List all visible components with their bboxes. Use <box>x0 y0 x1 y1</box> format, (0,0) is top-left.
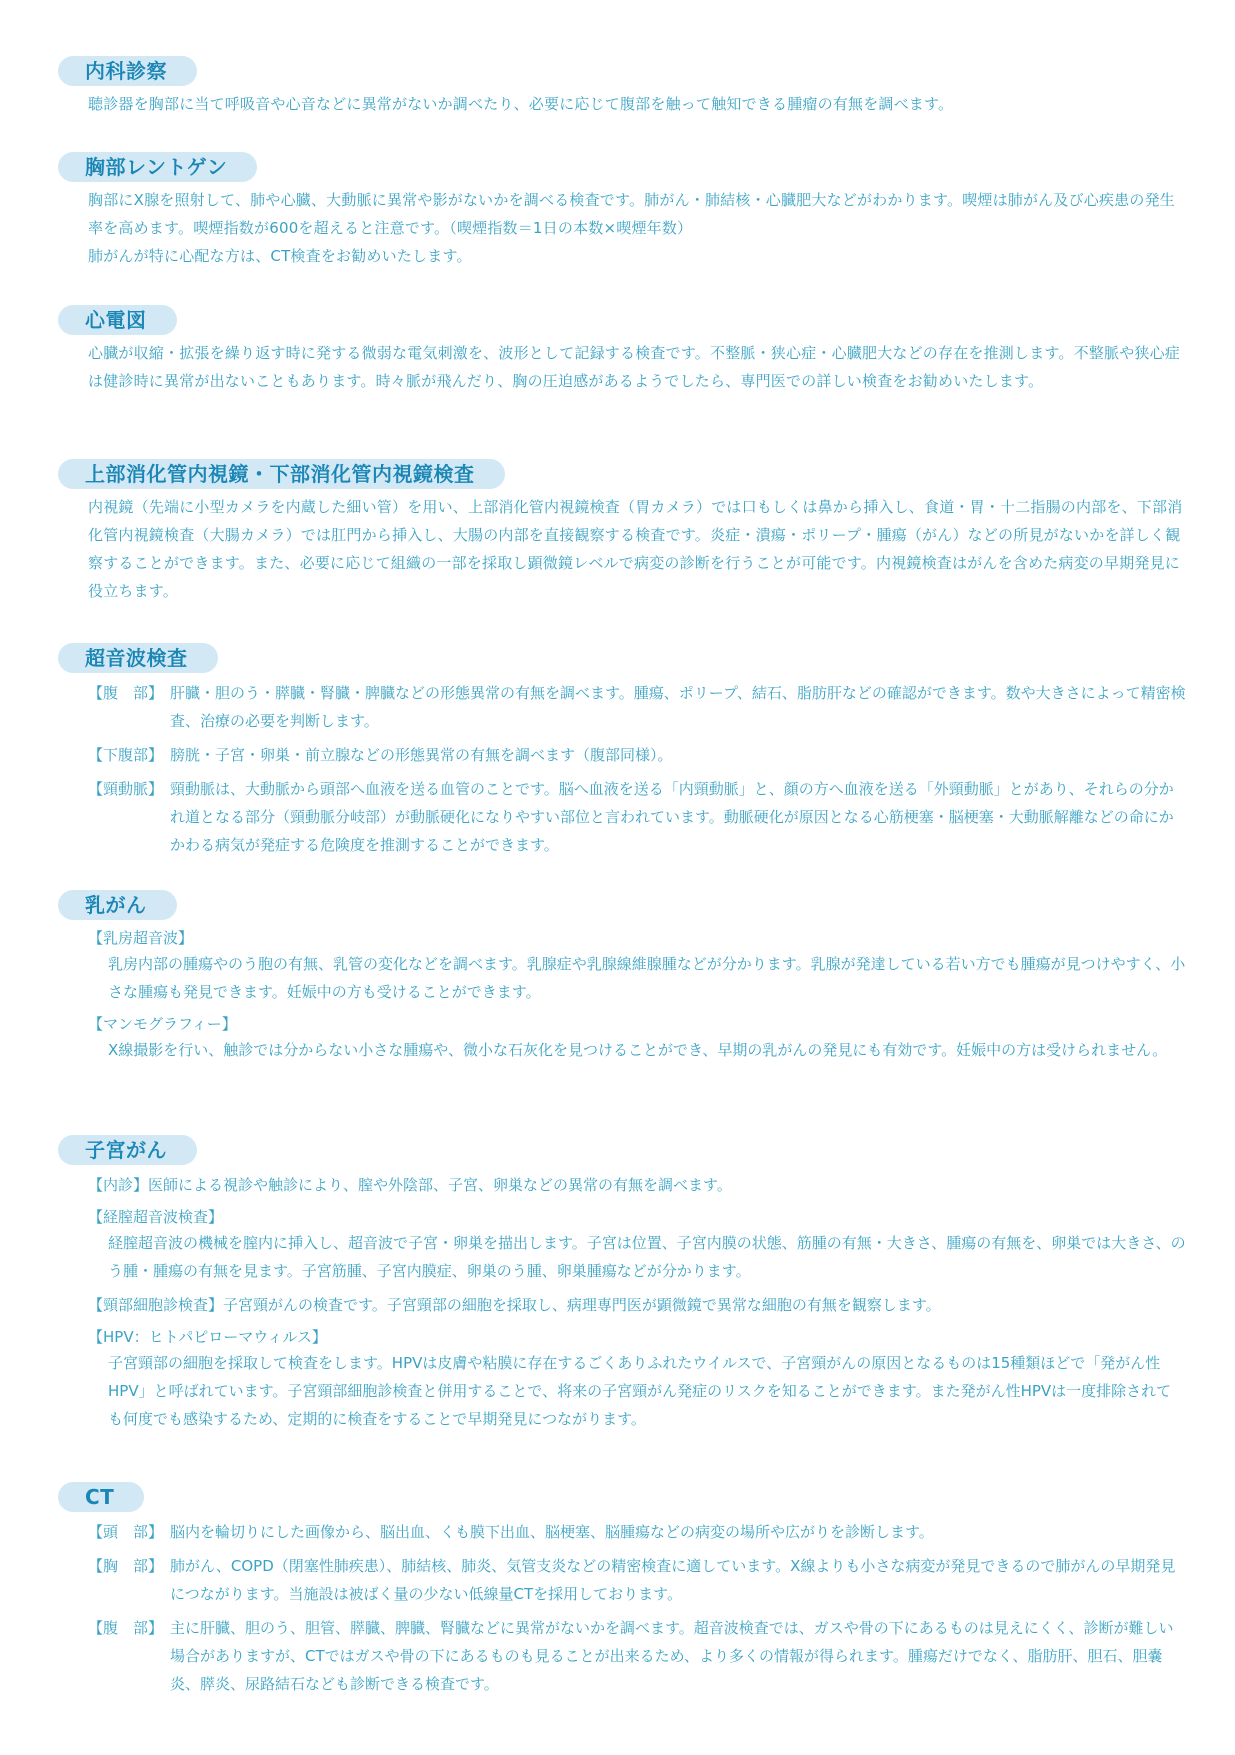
section-heading: 胸部レントゲン <box>58 152 257 182</box>
ultrasound-item-lower-abdomen: 【下腹部】 膀胱・子宮・卵巣・前立腺などの形態異常の有無を調べます（腹部同様）。 <box>88 741 1186 769</box>
transvaginal-label: 【経膣超音波検査】 <box>88 1205 1188 1229</box>
section-heading: 上部消化管内視鏡・下部消化管内視鏡検査 <box>58 459 505 489</box>
item-tag: 【頸部細胞診検査】 <box>88 1291 223 1319</box>
transvaginal-text: 経膣超音波の機械を膣内に挿入し、超音波で子宮・卵巣を描出します。子宮は位置、子宮… <box>108 1229 1186 1285</box>
item-tag: 【下腹部】 <box>88 741 170 769</box>
item-text: 肺がん、COPD（閉塞性肺疾患）、肺結核、肺炎、気管支炎などの精密検査に適してい… <box>170 1552 1186 1608</box>
item-tag: 【腹 部】 <box>88 679 170 735</box>
item-text: 脳内を輪切りにした画像から、脳出血、くも膜下出血、脳梗塞、脳腫瘍などの病変の場所… <box>170 1518 1186 1546</box>
section-text: 聴診器を胸部に当て呼吸音や心音などに異常がないか調べたり、必要に応じて腹部を触っ… <box>88 90 1186 118</box>
uterine-item-internal-exam: 【内診】 医師による視診や触診により、膣や外陰部、子宮、卵巣などの異常の有無を調… <box>88 1171 1186 1199</box>
section-breast-cancer: 乳がん 【乳房超音波】 乳房内部の腫瘍やのう胞の有無、乳管の変化などを調べます。… <box>58 890 1188 1064</box>
item-tag: 【頸動脈】 <box>88 775 170 859</box>
section-ultrasound: 超音波検査 【腹 部】 肝臓・胆のう・膵臓・腎臓・脾臓などの形態異常の有無を調べ… <box>58 643 1188 859</box>
ultrasound-item-abdomen: 【腹 部】 肝臓・胆のう・膵臓・腎臓・脾臓などの形態異常の有無を調べます。腫瘍、… <box>88 679 1186 735</box>
section-uterine-cancer: 子宮がん 【内診】 医師による視診や触診により、膣や外陰部、子宮、卵巣などの異常… <box>58 1135 1188 1433</box>
section-chest-xray: 胸部レントゲン 胸部にX腺を照射して、肺や心臓、大動脈に異常や影がないかを調べる… <box>58 152 1188 270</box>
mammography-label: 【マンモグラフィー】 <box>88 1012 1188 1036</box>
section-heading: 心電図 <box>58 305 177 335</box>
section-heading: 乳がん <box>58 890 177 920</box>
item-tag: 【腹 部】 <box>88 1614 170 1698</box>
item-tag: 【頭 部】 <box>88 1518 170 1546</box>
ct-item-head: 【頭 部】 脳内を輪切りにした画像から、脳出血、くも膜下出血、脳梗塞、脳腫瘍など… <box>88 1518 1186 1546</box>
exam-description-page: 内科診察 聴診器を胸部に当て呼吸音や心音などに異常がないか調べたり、必要に応じて… <box>0 0 1235 1755</box>
section-ct: CT 【頭 部】 脳内を輪切りにした画像から、脳出血、くも膜下出血、脳梗塞、脳腫… <box>58 1482 1188 1698</box>
breast-ultrasound-label: 【乳房超音波】 <box>88 926 1188 950</box>
ct-item-abdomen: 【腹 部】 主に肝臓、胆のう、胆管、膵臓、脾臓、腎臓などに異常がないかを調べます… <box>88 1614 1186 1698</box>
item-text: 子宮頸がんの検査です。子宮頸部の細胞を採取し、病理専門医が顕微鏡で異常な細胞の有… <box>223 1291 1186 1319</box>
item-text: 肝臓・胆のう・膵臓・腎臓・脾臓などの形態異常の有無を調べます。腫瘍、ポリープ、結… <box>170 679 1186 735</box>
ultrasound-item-carotid: 【頸動脈】 頸動脈は、大動脈から頭部へ血液を送る血管のことです。脳へ血液を送る「… <box>88 775 1186 859</box>
ct-item-chest: 【胸 部】 肺がん、COPD（閉塞性肺疾患）、肺結核、肺炎、気管支炎などの精密検… <box>88 1552 1186 1608</box>
hpv-text: 子宮頸部の細胞を採取して検査をします。HPVは皮膚や粘膜に存在するごくありふれた… <box>108 1349 1186 1433</box>
item-text: 主に肝臓、胆のう、胆管、膵臓、脾臓、腎臓などに異常がないかを調べます。超音波検査… <box>170 1614 1186 1698</box>
section-text: 胸部にX腺を照射して、肺や心臓、大動脈に異常や影がないかを調べる検査です。肺がん… <box>88 186 1186 242</box>
section-note: 肺がんが特に心配な方は、CT検査をお勧めいたします。 <box>88 242 1186 270</box>
section-heading: 内科診察 <box>58 56 197 86</box>
mammography-text: X線撮影を行い、触診では分からない小さな腫瘍や、微小な石灰化を見つけることができ… <box>108 1036 1186 1064</box>
item-tag: 【内診】 <box>88 1171 148 1199</box>
hpv-label: 【HPV：ヒトパピローマウィルス】 <box>88 1325 1188 1349</box>
uterine-item-cytology: 【頸部細胞診検査】 子宮頸がんの検査です。子宮頸部の細胞を採取し、病理専門医が顕… <box>88 1291 1186 1319</box>
section-ecg: 心電図 心臓が収縮・拡張を繰り返す時に発する微弱な電気刺激を、波形として記録する… <box>58 305 1188 395</box>
section-text: 内視鏡（先端に小型カメラを内蔵した細い管）を用い、上部消化管内視鏡検査（胃カメラ… <box>88 493 1186 605</box>
section-internal-exam: 内科診察 聴診器を胸部に当て呼吸音や心音などに異常がないか調べたり、必要に応じて… <box>58 56 1188 118</box>
section-heading: 超音波検査 <box>58 643 218 673</box>
item-text: 医師による視診や触診により、膣や外陰部、子宮、卵巣などの異常の有無を調べます。 <box>148 1171 1186 1199</box>
section-heading: 子宮がん <box>58 1135 197 1165</box>
breast-ultrasound-text: 乳房内部の腫瘍やのう胞の有無、乳管の変化などを調べます。乳腺症や乳腺線維腺腫など… <box>108 950 1186 1006</box>
item-tag: 【胸 部】 <box>88 1552 170 1608</box>
section-endoscopy: 上部消化管内視鏡・下部消化管内視鏡検査 内視鏡（先端に小型カメラを内蔵した細い管… <box>58 459 1188 605</box>
section-heading: CT <box>58 1482 144 1512</box>
item-text: 頸動脈は、大動脈から頭部へ血液を送る血管のことです。脳へ血液を送る「内頸動脈」と… <box>170 775 1186 859</box>
item-text: 膀胱・子宮・卵巣・前立腺などの形態異常の有無を調べます（腹部同様）。 <box>170 741 1186 769</box>
section-text: 心臓が収縮・拡張を繰り返す時に発する微弱な電気刺激を、波形として記録する検査です… <box>88 339 1186 395</box>
